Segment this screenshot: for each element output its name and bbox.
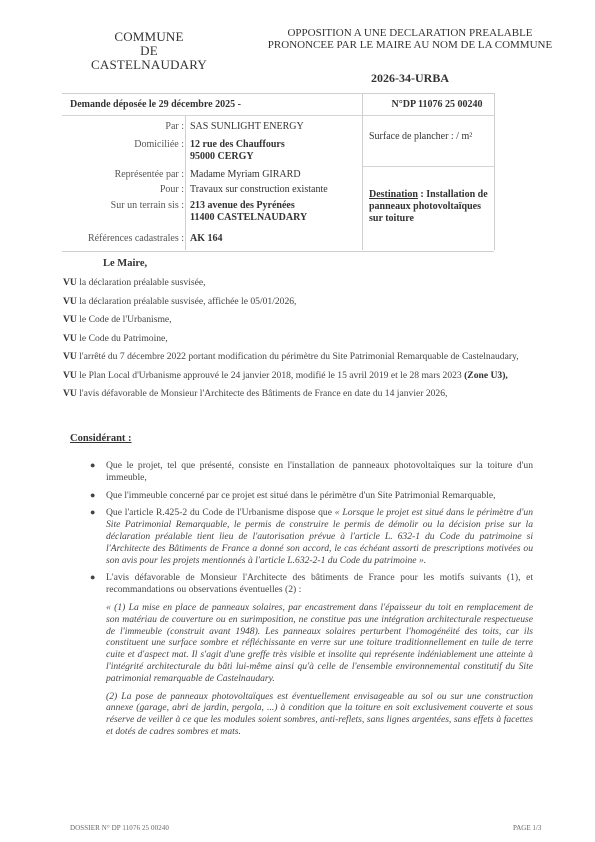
commune-line: CASTELNAUDARY	[84, 58, 214, 72]
label-domiciliee: Domiciliée :	[62, 139, 184, 151]
vu-text: le Code de l'Urbanisme,	[77, 314, 172, 325]
address-line: 95000 CERGY	[190, 151, 370, 163]
table-divider	[62, 115, 494, 116]
considerant-item: ● Que l'article R.425-2 du Code de l'Urb…	[90, 507, 533, 566]
vu-item: VU la déclaration préalable susvisée, af…	[63, 296, 533, 308]
vu-item: VU le Plan Local d'Urbanisme approuvé le…	[63, 370, 533, 382]
value-par: SAS SUNLIGHT ENERGY	[190, 121, 370, 133]
vu-prefix: VU	[63, 277, 77, 288]
vu-text: l'arrêté du 7 décembre 2022 portant modi…	[77, 351, 519, 362]
address-line: 11400 CASTELNAUDARY	[190, 212, 370, 224]
value-representee: Madame Myriam GIRARD	[190, 169, 370, 181]
vu-text: le Code du Patrimoine,	[77, 333, 168, 344]
table-divider	[362, 166, 494, 167]
considerant-item: ● Que le projet, tel que présenté, consi…	[90, 460, 533, 484]
dp-number: N°DP 11076 25 00240	[381, 99, 493, 110]
commune-line: DE	[84, 44, 214, 58]
footer-dossier: DOSSIER N° DP 11076 25 00240	[70, 824, 169, 832]
surface-plancher: Surface de plancher : / m²	[369, 131, 472, 142]
abf-motif-1: « (1) La mise en place de panneaux solai…	[90, 602, 533, 685]
considerant-item: ● L'avis défavorable de Monsieur l'Archi…	[90, 572, 533, 596]
zone-label: (Zone U3),	[464, 370, 508, 381]
destination-label: Destination	[369, 189, 418, 200]
demande-date: Demande déposée le 29 décembre 2025 -	[70, 99, 241, 110]
commune-line: COMMUNE	[84, 30, 214, 44]
abf-recommandation-2: (2) La pose de panneaux photovoltaïques …	[90, 691, 533, 738]
vu-text: l'avis défavorable de Monsieur l'Archite…	[77, 388, 448, 399]
considerant-text: L'avis défavorable de Monsieur l'Archite…	[106, 572, 533, 595]
decision-title: OPPOSITION A UNE DECLARATION PREALABLE P…	[250, 28, 570, 51]
vu-item: VU le Code de l'Urbanisme,	[63, 314, 533, 326]
considerant-item: ● Que l'immeuble concerné par ce projet …	[90, 490, 533, 502]
considerant-heading: Considérant :	[70, 433, 132, 444]
table-divider	[185, 115, 186, 250]
vu-prefix: VU	[63, 296, 77, 307]
decision-title-line: PRONONCEE PAR LE MAIRE AU NOM DE LA COMM…	[250, 40, 570, 52]
label-representee: Représentée par :	[62, 169, 184, 181]
decision-reference: 2026-34-URBA	[250, 71, 570, 86]
label-pour: Pour :	[62, 184, 184, 196]
footer-page: PAGE 1/3	[513, 824, 541, 832]
considerant-list: ● Que le projet, tel que présenté, consi…	[90, 460, 533, 738]
vu-list: VU la déclaration préalable susvisée, VU…	[63, 277, 533, 407]
bullet-icon: ●	[90, 572, 95, 584]
destination: Destination : Installation de panneaux p…	[369, 189, 494, 225]
vu-item: VU l'arrêté du 7 décembre 2022 portant m…	[63, 351, 533, 363]
considerant-text: Que l'immeuble concerné par ce projet es…	[106, 490, 495, 501]
vu-prefix: VU	[63, 370, 77, 381]
label-terrain: Sur un terrain sis :	[62, 200, 184, 212]
decision-title-line: OPPOSITION A UNE DECLARATION PREALABLE	[250, 28, 570, 40]
vu-prefix: VU	[63, 388, 77, 399]
vu-item: VU la déclaration préalable susvisée,	[63, 277, 533, 289]
commune-heading: COMMUNE DE CASTELNAUDARY	[84, 30, 214, 72]
bullet-icon: ●	[90, 507, 95, 519]
bullet-icon: ●	[90, 460, 95, 472]
vu-text: la déclaration préalable susvisée,	[77, 277, 206, 288]
le-maire-heading: Le Maire,	[103, 258, 147, 269]
value-domiciliee: 12 rue des Chauffours 95000 CERGY	[190, 139, 370, 163]
vu-prefix: VU	[63, 333, 77, 344]
vu-prefix: VU	[63, 351, 77, 362]
vu-item: VU le Code du Patrimoine,	[63, 333, 533, 345]
vu-item: VU l'avis défavorable de Monsieur l'Arch…	[63, 388, 533, 400]
value-cadastre: AK 164	[190, 233, 370, 245]
label-par: Par :	[62, 121, 184, 133]
label-cadastre: Références cadastrales :	[62, 233, 184, 245]
address-line: 213 avenue des Pyrénées	[190, 200, 370, 212]
table-divider	[494, 93, 495, 250]
address-line: 12 rue des Chauffours	[190, 139, 370, 151]
value-terrain: 213 avenue des Pyrénées 11400 CASTELNAUD…	[190, 200, 370, 224]
bullet-icon: ●	[90, 490, 95, 502]
considerant-text: Que le projet, tel que présenté, consist…	[106, 460, 533, 483]
considerant-text: Que l'article R.425-2 du Code de l'Urban…	[106, 507, 335, 518]
value-pour: Travaux sur construction existante	[190, 184, 370, 196]
vu-text: la déclaration préalable susvisée, affic…	[77, 296, 297, 307]
vu-prefix: VU	[63, 314, 77, 325]
vu-text: le Plan Local d'Urbanisme approuvé le 24…	[77, 370, 464, 381]
